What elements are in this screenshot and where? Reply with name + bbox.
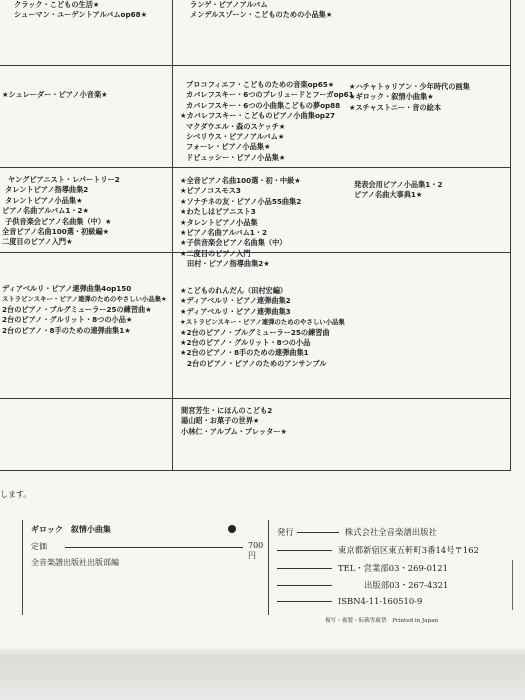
catalog-item: ★ソナチネの友・ピアノ小品55曲集2 (180, 197, 301, 207)
catalog-cell: ★全音ピアノ名曲100選・初・中級★ ★ピアノコスモス3 ★ソナチネの友・ピアノ… (180, 176, 301, 270)
publisher-label: 発行 (277, 526, 294, 538)
table-row-divider (0, 167, 511, 168)
catalog-item: 小林仁・アルブム・プレッター★ (181, 427, 287, 437)
catalog-item: ピアノ名曲大事典1★ (354, 190, 443, 200)
catalog-item: ★ハチャトゥリアン・少年時代の画集 (349, 82, 470, 92)
catalog-item: ヤングピアニスト・レパートリー2 (2, 175, 120, 185)
catalog-cell: プロコフィエフ・こどものための音楽op65★ カバレフスキー・6つのプレリュード… (180, 80, 354, 163)
catalog-page: クラック・こどもの生活★ シューマン・ユーゲントアルバムop68★ ランゲ・ピア… (0, 0, 525, 655)
catalog-item: ★2台のピアノ・8手のための連弾曲集1 (180, 348, 345, 358)
editor-credit: 全音楽譜出版社出版部編 (31, 557, 119, 568)
table-row-divider (0, 65, 511, 66)
table-row-divider (0, 398, 511, 399)
catalog-item: カバレフスキー・6つのプレリュードとフーガop61 (180, 90, 354, 100)
price-label: 定価 (31, 541, 47, 552)
catalog-item: ディアベルリ・ピアノ連弾曲集4op150 (2, 284, 167, 294)
catalog-item: カバレフスキー・6つの小曲集こどもの夢op88 (180, 101, 354, 111)
leader-line (277, 585, 332, 586)
catalog-item: ★2台のピアノ・ブルグミューラー25の練習曲 (180, 328, 345, 338)
catalog-item: 二度目のピアノ入門★ (2, 237, 120, 247)
leader-line (297, 532, 339, 533)
catalog-item: 田村・ピアノ指導曲集2★ (180, 259, 301, 269)
table-divider-col1 (172, 0, 173, 470)
catalog-cell: ★ハチャトゥリアン・少年時代の画集 ★ギロック・叙情小曲集★ ★スチャストニー・… (349, 82, 470, 113)
catalog-item: ★ディアベルリ・ピアノ連弾曲集3 (180, 307, 345, 317)
catalog-item: 2台のピアノ・ピアノのためのアンサンブル (180, 359, 345, 369)
catalog-cell: ディアベルリ・ピアノ連弾曲集4op150 ストラビンスキー・ピアノ連弾のためのや… (2, 284, 167, 336)
leader-line (277, 550, 332, 551)
book-title: ギロック 叙情小曲集 (31, 524, 111, 535)
catalog-item: 子供音楽会ピアノ名曲集（中）★ (2, 217, 120, 227)
catalog-item: ★ディアベルリ・ピアノ連弾曲集2 (180, 296, 345, 306)
catalog-item: シベリウス・ピアノアルバム★ (180, 132, 354, 142)
catalog-item: ★こどものれんだん（田村宏編） (180, 286, 345, 296)
catalog-item: ★ピアノコスモス3 (180, 186, 301, 196)
catalog-item: ★二度目のピアノ入門 (180, 249, 301, 259)
publisher-row: 発行株式会社全音楽譜出版社 (277, 526, 437, 538)
leader-line (277, 568, 332, 569)
catalog-item: ★スチャストニー・音の絵本 (349, 103, 470, 113)
catalog-item: 全音ピアノ名曲100選・初級編★ (2, 227, 120, 237)
catalog-item: プロコフィエフ・こどものための音楽op65★ (180, 80, 354, 90)
catalog-item: 発表会用ピアノ小品集1・2 (354, 180, 443, 190)
catalog-item: マクダウエル・森のスケッチ★ (180, 122, 354, 132)
catalog-item: ★2台のピアノ・グルリット・8つの小品 (180, 338, 345, 348)
background-surface (0, 655, 525, 700)
colophon-publisher-info: 発行株式会社全音楽譜出版社 東京都新宿区東五軒町3番14号〒162 TEL・営業… (268, 520, 514, 615)
catalog-cell: ★シュレーダー・ピアノ小音楽★ (2, 90, 108, 100)
tel-publishing: 出版部03・267-4321 (364, 580, 448, 590)
catalog-item: ★全音ピアノ名曲100選・初・中級★ (180, 176, 301, 186)
isbn-row: ISBN4-11-160510-9 (277, 596, 422, 606)
catalog-item: ★タレントピアノ小品集 (180, 218, 301, 228)
catalog-item: ドビュッシー・ピアノ小品集★ (180, 153, 354, 163)
tel-sales-row: TEL・営業部03・269-0121 (277, 562, 448, 574)
catalog-item: 2台のピアノ・8手のための連弾曲集1★ (2, 326, 167, 336)
catalog-cell: 発表会用ピアノ小品集1・2 ピアノ名曲大事典1★ (354, 180, 443, 201)
catalog-cell: 間宮芳生・にほんのこども2 湯山昭・お菓子の世界★ 小林仁・アルブム・プレッター… (181, 406, 287, 437)
isbn: ISBN4-11-160510-9 (338, 596, 422, 606)
catalog-item: クラック・こどもの生活★ (14, 0, 147, 10)
rights-notice: 複写・複製・転載等厳禁 Printed in Japan (325, 616, 438, 624)
bullet-dot-icon (228, 525, 236, 533)
catalog-item: 湯山昭・お菓子の世界★ (181, 416, 287, 426)
catalog-item: ★ストラビンスキー・ピアノ連弾のためのやさしい小品集 (180, 317, 345, 327)
catalog-item: ピアノ名曲アルバム1・2★ (2, 206, 120, 216)
catalog-item: 2台のピアノ・ブルグミューラー25の練習曲★ (2, 305, 167, 315)
catalog-item: ★子供音楽会ピアノ名曲集（中） (180, 238, 301, 248)
catalog-item: ★カバレフスキー・こどものピアノ小曲集op27 (180, 111, 354, 121)
publisher-name: 株式会社全音楽譜出版社 (345, 527, 437, 537)
catalog-item: 間宮芳生・にほんのこども2 (181, 406, 287, 416)
catalog-item: ★ピアノ名曲アルバム1・2 (180, 228, 301, 238)
catalog-cell: クラック・こどもの生活★ シューマン・ユーゲントアルバムop68★ (14, 0, 147, 21)
catalog-item: ストラビンスキー・ピアノ連弾のためのやさしい小品集★ (2, 294, 167, 304)
publisher-address: 東京都新宿区東五軒町3番14号〒162 (338, 545, 479, 555)
table-bottom-border (0, 470, 511, 471)
address-row: 東京都新宿区東五軒町3番14号〒162 (277, 544, 479, 556)
colophon-book-info: ギロック 叙情小曲集 定価 700円 全音楽譜出版社出版部編 (22, 520, 268, 615)
catalog-item: ★わたしはピアニスト3 (180, 207, 301, 217)
catalog-item: シューマン・ユーゲントアルバムop68★ (14, 10, 147, 20)
catalog-cell: ヤングピアニスト・レパートリー2 タレントピアノ指導曲集2 タレントピアノ小品集… (2, 175, 120, 248)
catalog-item: ★ギロック・叙情小曲集★ (349, 92, 470, 102)
catalog-cell: ランゲ・ピアノアルバム メンデルスゾーン・こどものための小品集★ (190, 0, 332, 21)
tel-publishing-row: 出版部03・267-4321 (277, 579, 448, 591)
catalog-item: タレントピアノ小品集★ (2, 196, 120, 206)
price-value: 700円 (248, 541, 268, 561)
note-fragment: します。 (0, 489, 31, 500)
table-divider-right (510, 0, 511, 470)
catalog-item: メンデルスゾーン・こどものための小品集★ (190, 10, 332, 20)
colophon-right-border (512, 560, 513, 610)
leader-line (277, 601, 332, 602)
catalog-item: ★シュレーダー・ピアノ小音楽★ (2, 90, 108, 100)
catalog-item: 2台のピアノ・グルリット・8つの小品★ (2, 315, 167, 325)
leader-line (65, 547, 243, 548)
catalog-cell: ★こどものれんだん（田村宏編） ★ディアベルリ・ピアノ連弾曲集2 ★ディアベルリ… (180, 286, 345, 369)
catalog-item: フォーレ・ピアノ小品集★ (180, 142, 354, 152)
tel-sales: TEL・営業部03・269-0121 (338, 563, 448, 573)
catalog-item: タレントピアノ指導曲集2 (2, 185, 120, 195)
catalog-item: ランゲ・ピアノアルバム (190, 0, 332, 10)
